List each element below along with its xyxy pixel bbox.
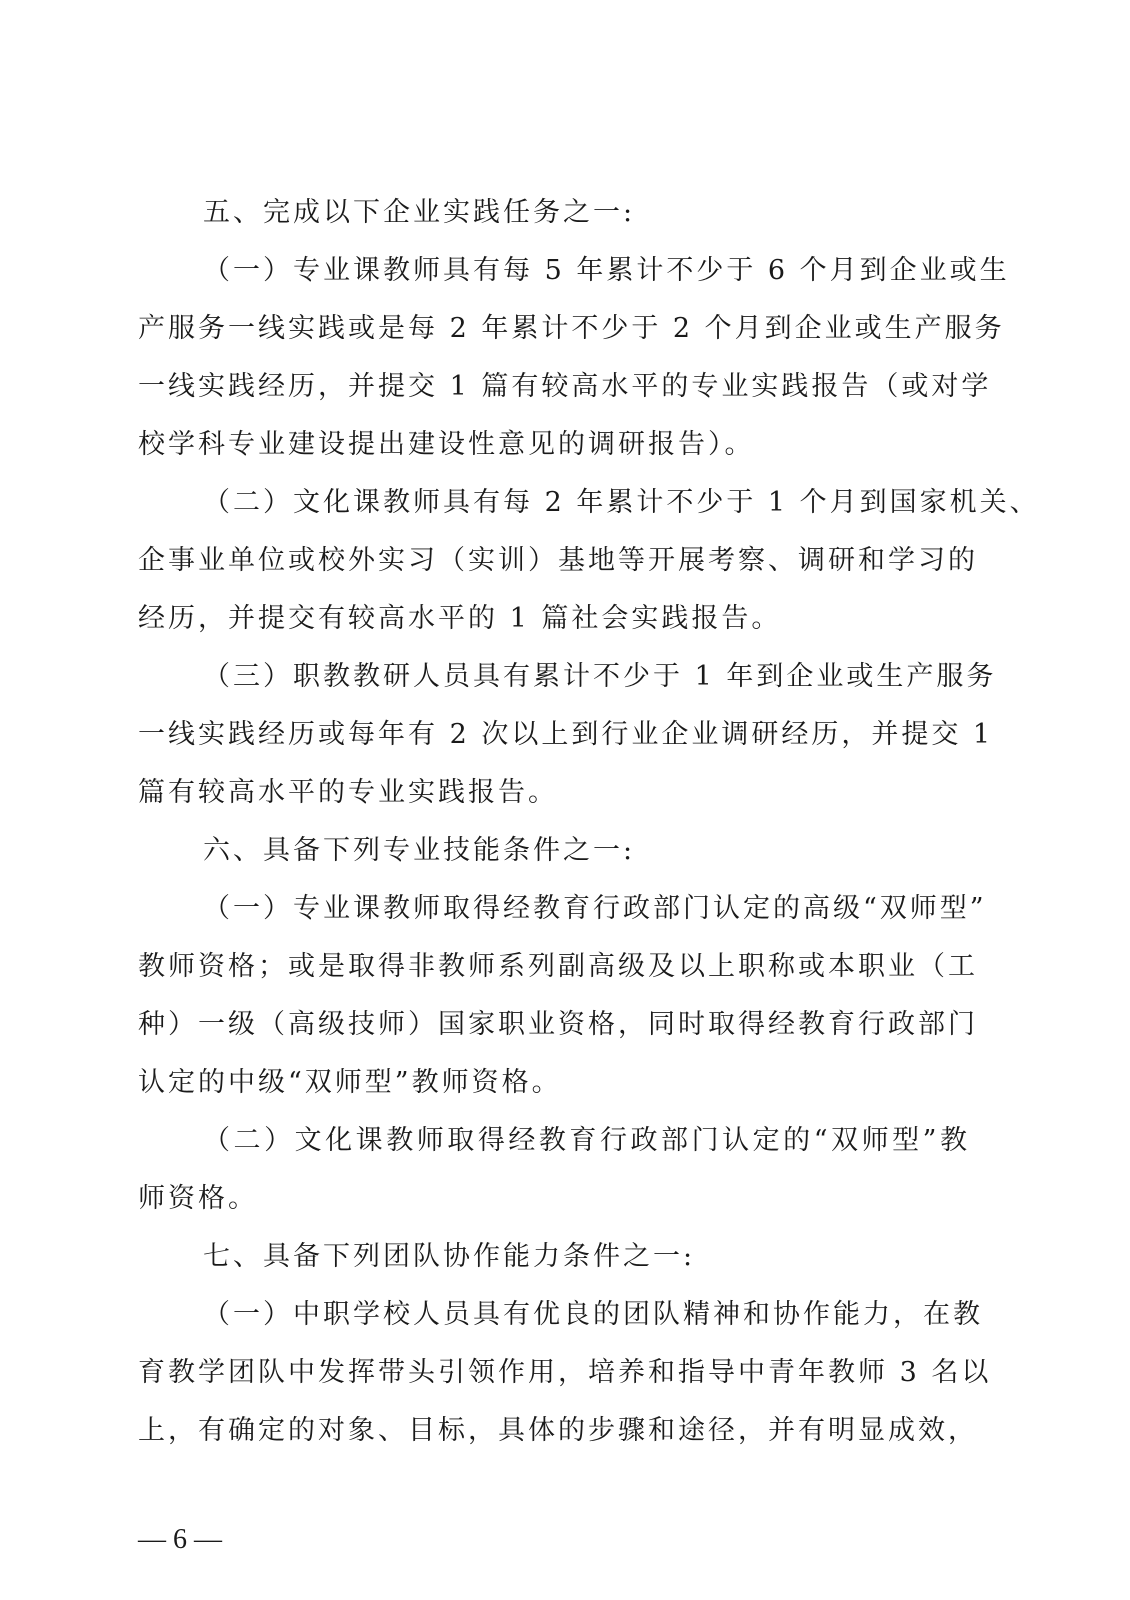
paragraph-line: 教师资格；或是取得非教师系列副高级及以上职称或本职业（工 [138,947,970,987]
paragraph-line: 一线实践经历，并提交 1 篇有较高水平的专业实践报告（或对学 [138,367,970,407]
page-number: — 6 — [138,1520,222,1560]
section-heading-7: 七、具备下列团队协作能力条件之一: [203,1237,970,1277]
paragraph-line: 篇有较高水平的专业实践报告。 [138,773,970,813]
paragraph-line: （二）文化课教师具有每 2 年累计不少于 1 个月到国家机关、 [203,483,970,523]
paragraph-line: 上，有确定的对象、目标，具体的步骤和途径，并有明显成效， [138,1411,970,1451]
paragraph-line: 认定的中级“双师型”教师资格。 [138,1063,970,1103]
paragraph-line: （二）文化课教师取得经教育行政部门认定的“双师型”教 [203,1121,970,1161]
document-page: 五、完成以下企业实践任务之一: （一）专业课教师具有每 5 年累计不少于 6 个… [0,0,1130,1600]
paragraph-line: 经历，并提交有较高水平的 1 篇社会实践报告。 [138,599,970,639]
paragraph-line: 一线实践经历或每年有 2 次以上到行业企业调研经历，并提交 1 [138,715,970,755]
section-heading-6: 六、具备下列专业技能条件之一: [203,831,970,871]
paragraph-line: （三）职教教研人员具有累计不少于 1 年到企业或生产服务 [203,657,970,697]
paragraph-line: 种）一级（高级技师）国家职业资格，同时取得经教育行政部门 [138,1005,970,1045]
paragraph-line: 企事业单位或校外实习（实训）基地等开展考察、调研和学习的 [138,541,970,581]
section-heading-5: 五、完成以下企业实践任务之一: [203,193,970,233]
paragraph-line: 师资格。 [138,1179,970,1219]
paragraph-line: （一）专业课教师取得经教育行政部门认定的高级“双师型” [203,889,970,929]
paragraph-line: （一）中职学校人员具有优良的团队精神和协作能力，在教 [203,1295,970,1335]
paragraph-line: （一）专业课教师具有每 5 年累计不少于 6 个月到企业或生 [203,251,970,291]
paragraph-line: 育教学团队中发挥带头引领作用，培养和指导中青年教师 3 名以 [138,1353,970,1393]
paragraph-line: 产服务一线实践或是每 2 年累计不少于 2 个月到企业或生产服务 [138,309,970,349]
paragraph-line: 校学科专业建设提出建设性意见的调研报告）。 [138,425,970,465]
